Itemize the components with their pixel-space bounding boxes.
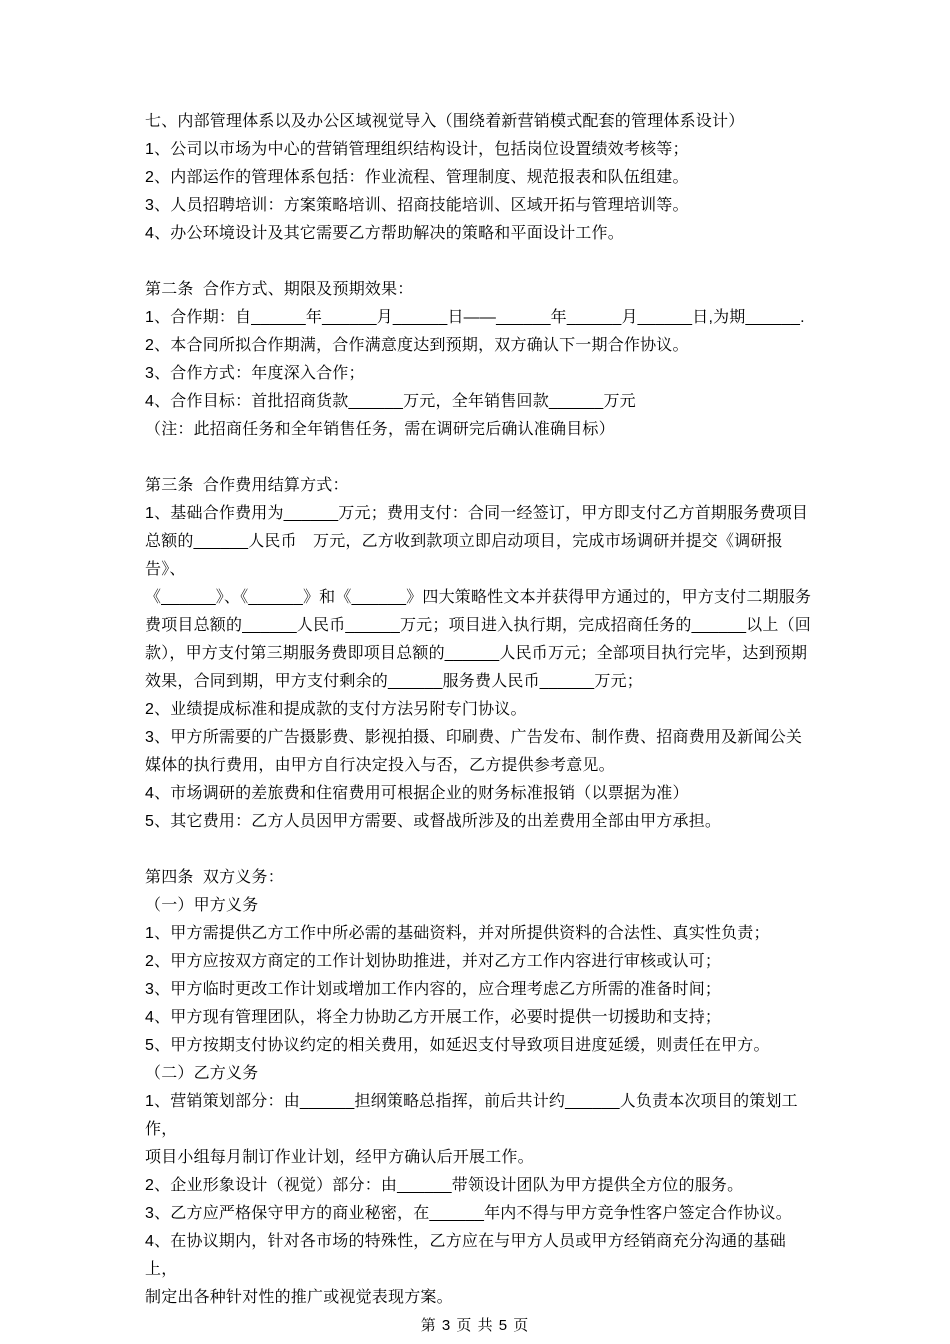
document-line: 2、本合同所拟合作期满，合作满意度达到预期，双方确认下一期合作协议。 [145, 332, 812, 360]
document-line: 1、合作期：自______年______月______日——______年___… [145, 304, 812, 332]
document-line: 媒体的执行费用，由甲方自行决定投入与否，乙方提供参考意见。 [145, 752, 812, 780]
document-line: 2、甲方应按双方商定的工作计划协助推进，并对乙方工作内容进行审核或认可； [145, 948, 812, 976]
document-line: 七、内部管理体系以及办公区域视觉导入（围绕着新营销模式配套的管理体系设计） [145, 108, 812, 136]
document-line: 1、营销策划部分：由______担纲策略总指挥，前后共计约______人负责本次… [145, 1088, 812, 1144]
section-article-3: 第三条 合作费用结算方式： 1、基础合作费用为______万元；费用支付：合同一… [145, 472, 812, 836]
document-line: 项目小组每月制订作业计划，经甲方确认后开展工作。 [145, 1144, 812, 1172]
document-line: 2、企业形象设计（视觉）部分：由______带领设计团队为甲方提供全方位的服务。 [145, 1172, 812, 1200]
document-line: 5、甲方按期支付协议约定的相关费用，如延迟支付导致项目进度延缓，则责任在甲方。 [145, 1032, 812, 1060]
article-heading: 第四条 双方义务： [145, 864, 812, 892]
document-line: 3、合作方式：年度深入合作； [145, 360, 812, 388]
document-line: 2、内部运作的管理体系包括：作业流程、管理制度、规范报表和队伍组建。 [145, 164, 812, 192]
article-heading: 第二条 合作方式、期限及预期效果： [145, 276, 812, 304]
document-line: 效果，合同到期，甲方支付剩余的______服务费人民币______万元； [145, 668, 812, 696]
document-line: 3、甲方所需要的广告摄影费、影视拍摄、印刷费、广告发布、制作费、招商费用及新闻公… [145, 724, 812, 752]
document-line: 4、市场调研的差旅费和住宿费用可根据企业的财务标准报销（以票据为准） [145, 780, 812, 808]
document-line: 3、甲方临时更改工作计划或增加工作内容的，应合理考虑乙方所需的准备时间； [145, 976, 812, 1004]
document-line: 2、业绩提成标准和提成款的支付方法另附专门协议。 [145, 696, 812, 724]
document-line: 费项目总额的______人民币______万元；项目进入执行期，完成招商任务的_… [145, 612, 812, 640]
document-line: 3、人员招聘培训：方案策略培训、招商技能培训、区域开拓与管理培训等。 [145, 192, 812, 220]
page-number-indicator: 第 3 页 共 5 页 [0, 1312, 950, 1340]
document-line: 1、甲方需提供乙方工作中所必需的基础资料，并对所提供资料的合法性、真实性负责； [145, 920, 812, 948]
document-line: 4、办公环境设计及其它需要乙方帮助解决的策略和平面设计工作。 [145, 220, 812, 248]
document-line: 1、公司以市场为中心的营销管理组织结构设计，包括岗位设置绩效考核等； [145, 136, 812, 164]
document-line: 4、合作目标：首批招商货款______万元，全年销售回款______万元 [145, 388, 812, 416]
document-line: 1、基础合作费用为______万元；费用支付：合同一经签订，甲方即支付乙方首期服… [145, 500, 812, 528]
document-line: （一）甲方义务 [145, 892, 812, 920]
document-line: 4、在协议期内，针对各市场的特殊性，乙方应在与甲方人员或甲方经销商充分沟通的基础… [145, 1228, 812, 1284]
document-content: 七、内部管理体系以及办公区域视觉导入（围绕着新营销模式配套的管理体系设计） 1、… [0, 0, 950, 1312]
document-line: （二）乙方义务 [145, 1060, 812, 1088]
document-line: 《______》、《______》和《______》四大策略性文本并获得甲方通过… [145, 584, 812, 612]
section-internal-management: 七、内部管理体系以及办公区域视觉导入（围绕着新营销模式配套的管理体系设计） 1、… [145, 108, 812, 248]
section-article-4: 第四条 双方义务： （一）甲方义务 1、甲方需提供乙方工作中所必需的基础资料，并… [145, 864, 812, 1312]
document-line: 制定出各种针对性的推广或视觉表现方案。 [145, 1284, 812, 1312]
contract-document-page: 七、内部管理体系以及办公区域视觉导入（围绕着新营销模式配套的管理体系设计） 1、… [0, 0, 950, 1344]
document-line: （注：此招商任务和全年销售任务，需在调研完后确认准确目标） [145, 416, 812, 444]
document-line: 款），甲方支付第三期服务费即项目总额的______人民币万元；全部项目执行完毕，… [145, 640, 812, 668]
document-line: 总额的______人民币 万元，乙方收到款项立即启动项目，完成市场调研并提交《调… [145, 528, 812, 584]
document-line: 3、乙方应严格保守甲方的商业秘密，在______年内不得与甲方竞争性客户签定合作… [145, 1200, 812, 1228]
article-heading: 第三条 合作费用结算方式： [145, 472, 812, 500]
document-line: 5、其它费用：乙方人员因甲方需要、或督战所涉及的出差费用全部由甲方承担。 [145, 808, 812, 836]
document-line: 4、甲方现有管理团队，将全力协助乙方开展工作，必要时提供一切援助和支持； [145, 1004, 812, 1032]
section-article-2: 第二条 合作方式、期限及预期效果： 1、合作期：自______年______月_… [145, 276, 812, 444]
